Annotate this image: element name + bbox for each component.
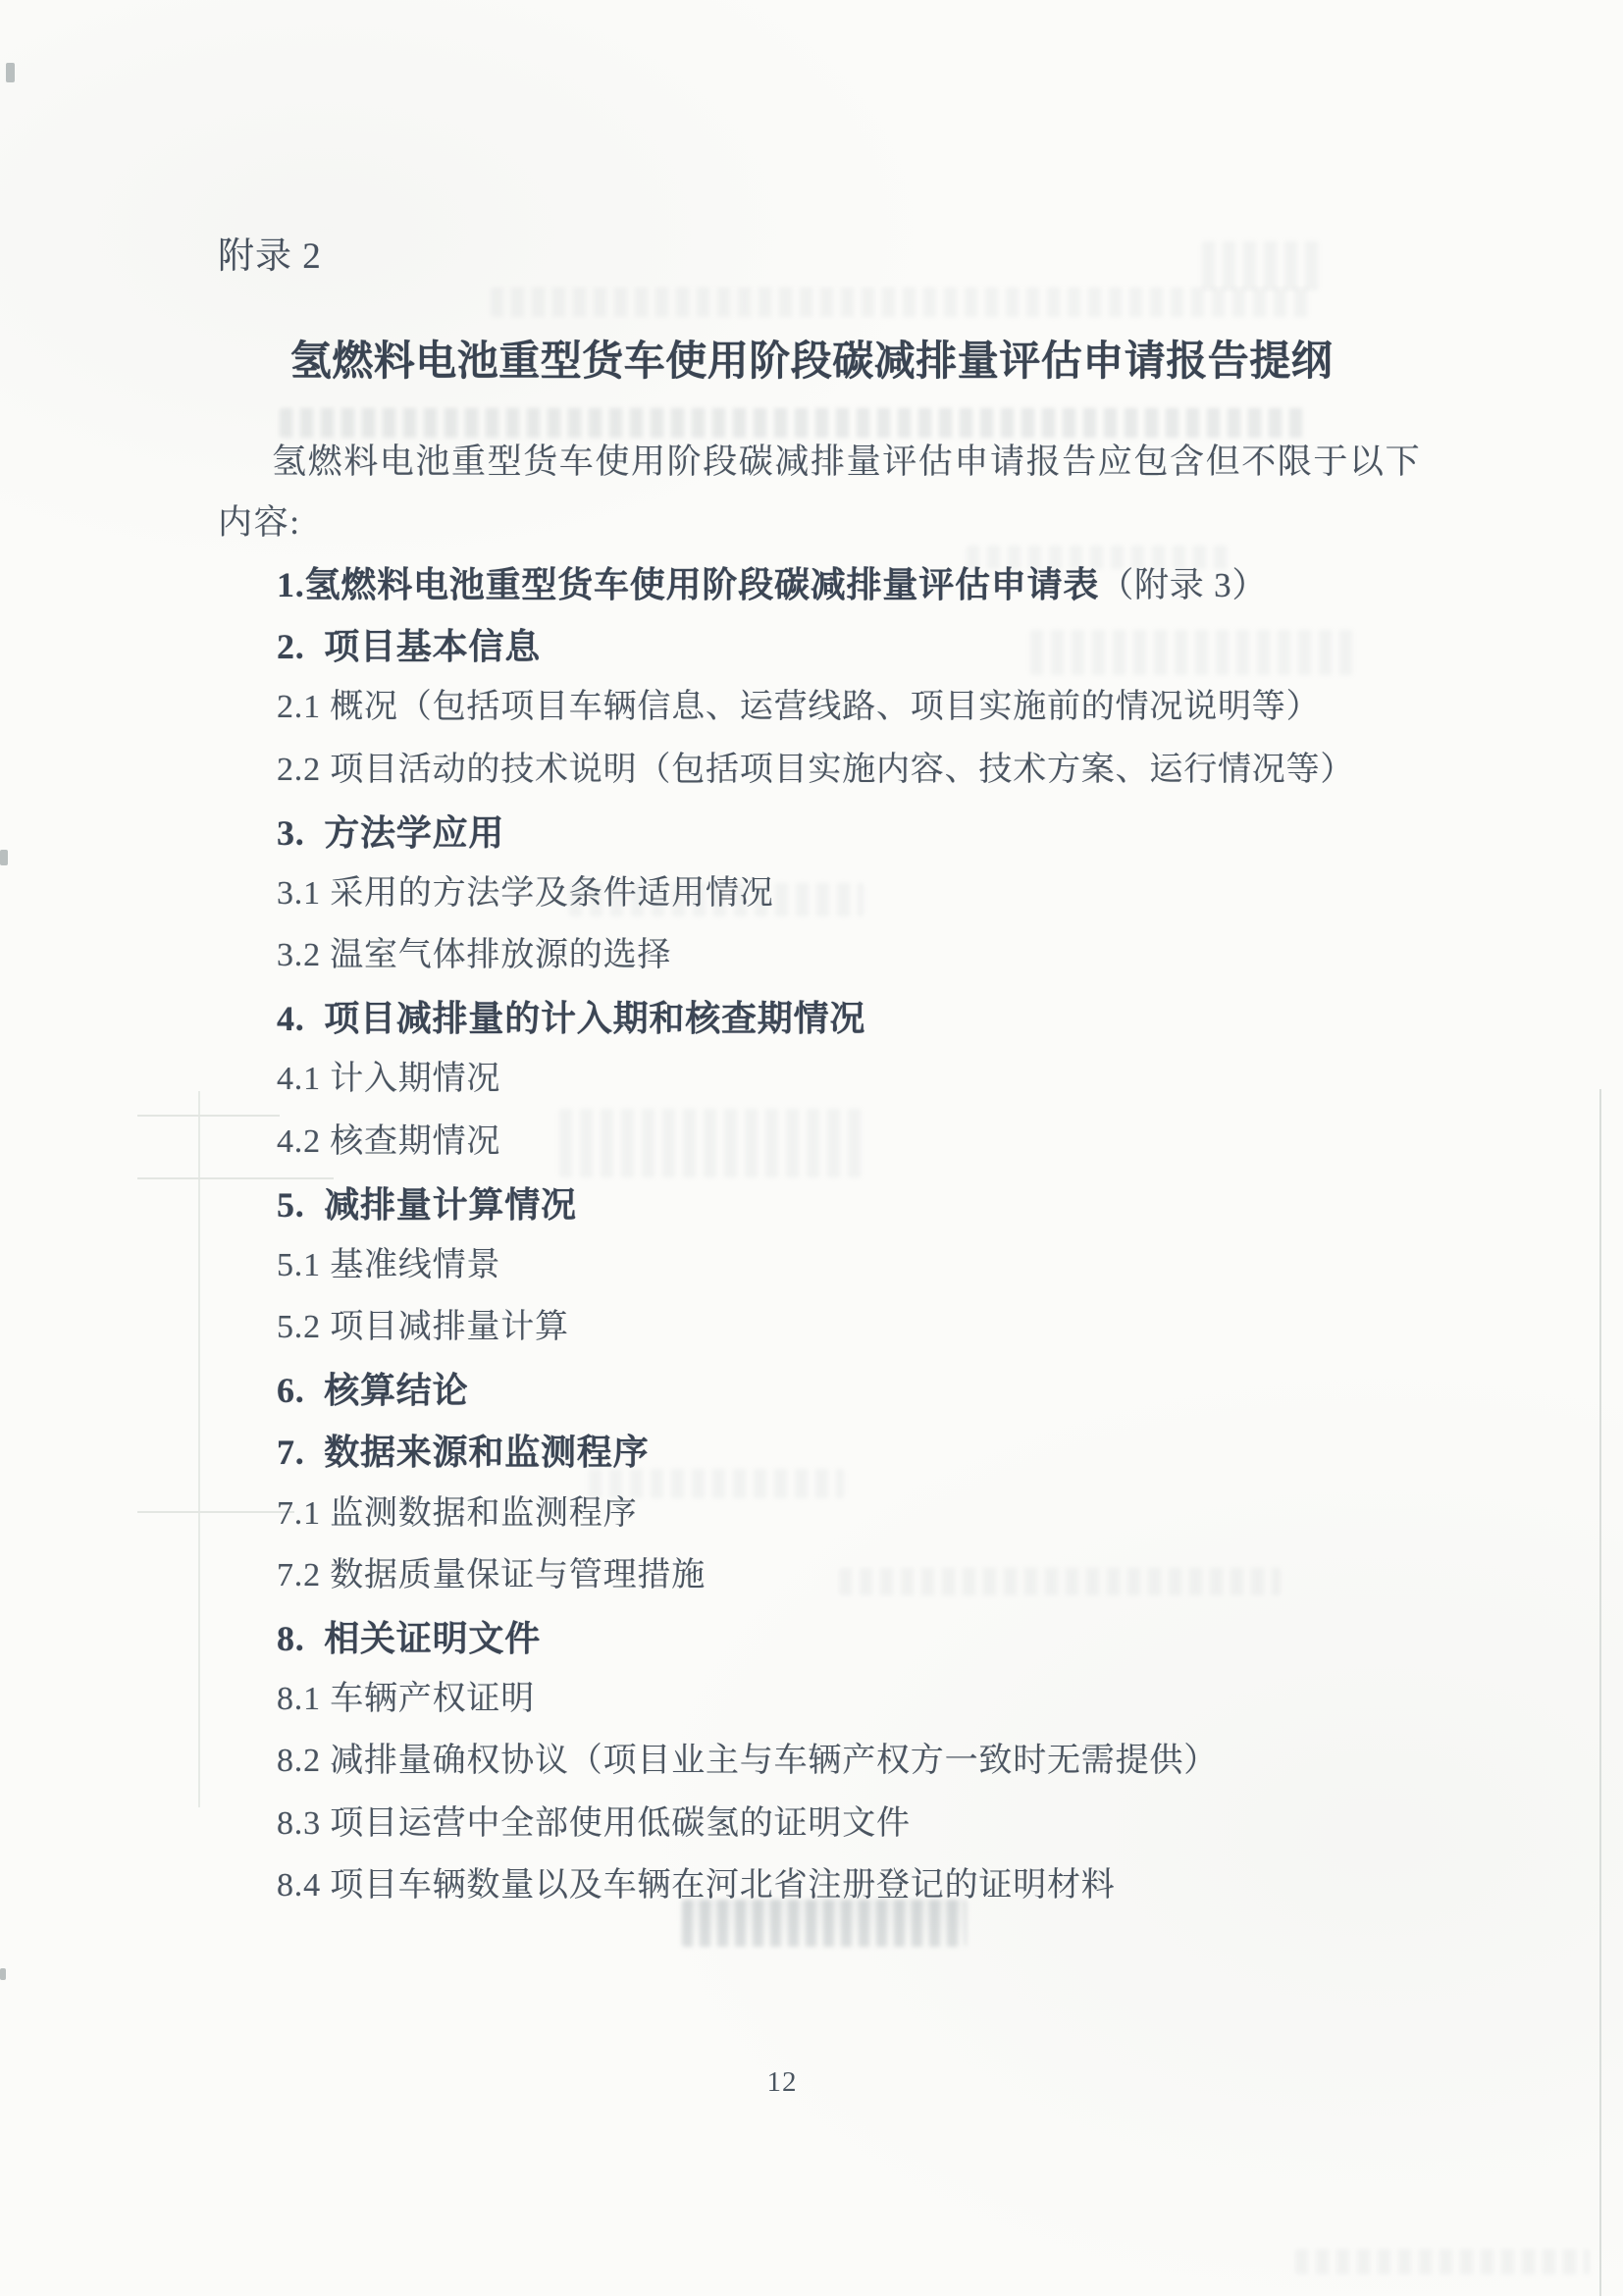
bleed-through-artifact [491, 287, 1315, 317]
document-title: 氢燃料电池重型货车使用阶段碳减排量评估申请报告提纲 [22, 338, 1601, 387]
scan-edge-mark [0, 1968, 6, 1980]
outline-item-7-1: 7.1 监测数据和监测程序 [277, 1494, 637, 1535]
bleed-through-artifact [682, 1900, 967, 1947]
outline-item-5-2: 5.2 项目减排量计算 [277, 1308, 569, 1348]
outline-item-1-suffix: （附录 3） [1099, 566, 1267, 604]
outline-item-5-1: 5.1 基准线情景 [277, 1246, 500, 1286]
intro-paragraph-line-1: 氢燃料电池重型货车使用阶段碳减排量评估申请报告应包含但不限于以下 [272, 442, 1421, 483]
outline-item-3: 3. 方法学应用 [277, 812, 504, 855]
outline-item-2-2: 2.2 项目活动的技术说明（包括项目实施内容、技术方案、运行情况等） [277, 751, 1354, 791]
bleed-through-artifact [839, 1568, 1281, 1595]
outline-item-1: 1.氢燃料电池重型货车使用阶段碳减排量评估申请表（附录 3） [277, 564, 1267, 606]
bleed-through-artifact [1030, 630, 1354, 675]
scan-edge-mark [0, 850, 8, 865]
bleed-through-artifact [280, 408, 1305, 438]
bleed-through-artifact [1295, 2249, 1590, 2274]
scan-line-artifact [1599, 1089, 1601, 2296]
outline-item-4: 4. 项目减排量的计入期和核查期情况 [277, 998, 865, 1040]
outline-item-1-text: 1.氢燃料电池重型货车使用阶段碳减排量评估申请表 [277, 565, 1099, 604]
outline-item-8-3: 8.3 项目运营中全部使用低碳氢的证明文件 [277, 1804, 911, 1845]
outline-item-8: 8. 相关证明文件 [277, 1618, 541, 1660]
outline-item-8-2: 8.2 减排量确权协议（项目业主与车辆产权方一致时无需提供） [277, 1742, 1218, 1782]
outline-item-7: 7. 数据来源和监测程序 [277, 1432, 649, 1474]
outline-item-7-2: 7.2 数据质量保证与管理措施 [277, 1556, 706, 1596]
outline-item-6: 6. 核算结论 [277, 1370, 468, 1412]
outline-item-8-1: 8.1 车辆产权证明 [277, 1680, 535, 1720]
scan-line-artifact [137, 1115, 280, 1117]
outline-item-4-2: 4.2 核查期情况 [277, 1122, 500, 1163]
appendix-label: 附录 2 [218, 235, 322, 279]
outline-item-2-1: 2.1 概况（包括项目车辆信息、运营线路、项目实施前的情况说明等） [277, 688, 1320, 728]
outline-item-3-2: 3.2 温室气体排放源的选择 [277, 936, 671, 976]
bleed-through-artifact [559, 1109, 864, 1177]
scan-line-artifact [137, 1511, 294, 1513]
scan-line-artifact [137, 1177, 334, 1179]
outline-item-4-1: 4.1 计入期情况 [277, 1060, 500, 1100]
scanned-document-page: 附录 2 氢燃料电池重型货车使用阶段碳减排量评估申请报告提纲 氢燃料电池重型货车… [0, 0, 1623, 2296]
page-number: 12 [0, 2066, 1564, 2099]
intro-paragraph-line-2: 内容: [218, 502, 301, 544]
outline-item-8-4: 8.4 项目车辆数量以及车辆在河北省注册登记的证明材料 [277, 1866, 1116, 1906]
outline-item-3-1: 3.1 采用的方法学及条件适用情况 [277, 874, 774, 914]
scan-line-artifact [198, 1091, 200, 1807]
outline-item-5: 5. 减排量计算情况 [277, 1184, 577, 1226]
scan-edge-mark [6, 63, 15, 82]
outline-item-2: 2. 项目基本信息 [277, 626, 541, 668]
bleed-through-artifact [1202, 241, 1320, 290]
